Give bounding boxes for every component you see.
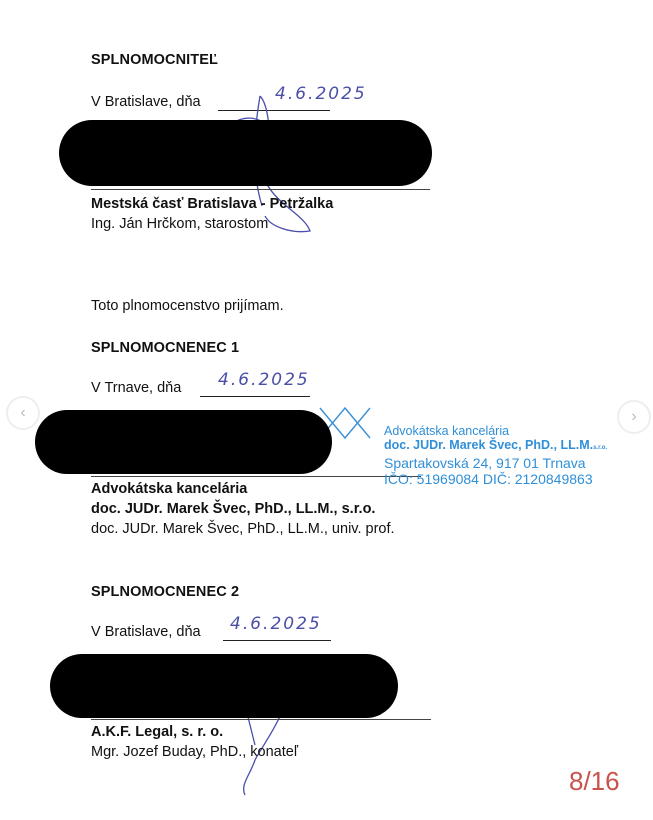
- org-name-2b: doc. JUDr. Marek Švec, PhD., LL.M., s.r.…: [91, 501, 375, 517]
- place-date-label-1: V Bratislave, dňa: [91, 94, 201, 110]
- law-office-stamp: Advokátska kancelária doc. JUDr. Marek Š…: [384, 424, 607, 487]
- date-line-3: [223, 640, 331, 641]
- org-name-1: Mestská časť Bratislava - Petržalka: [91, 196, 333, 212]
- representative-2: doc. JUDr. Marek Švec, PhD., LL.M., univ…: [91, 521, 395, 537]
- date-line-2: [200, 396, 310, 397]
- stamp-line-2-text: doc. JUDr. Marek Švec, PhD., LL.M.: [384, 438, 593, 452]
- acceptance-text: Toto plnomocenstvo prijímam.: [91, 298, 284, 314]
- next-page-button[interactable]: ›: [617, 400, 651, 434]
- prev-page-button[interactable]: ‹: [6, 396, 40, 430]
- stamp-line-1: Advokátska kancelária: [384, 424, 607, 438]
- representative-1: Ing. Ján Hrčkom, starostom: [91, 216, 268, 232]
- handwritten-date-3: 4.6.2025: [230, 614, 322, 634]
- redacted-signature-1: [59, 120, 432, 186]
- chevron-left-icon: ‹: [20, 404, 25, 422]
- representative-3: Mgr. Jozef Buday, PhD., konateľ: [91, 744, 298, 760]
- signature-line-2: [91, 476, 421, 477]
- stamp-line-4: IČO: 51969084 DIČ: 2120849863: [384, 471, 607, 487]
- place-date-label-3: V Bratislave, dňa: [91, 624, 201, 640]
- redacted-signature-3: [50, 654, 398, 718]
- heading-splnomocnenec-1: SPLNOMOCNENEC 1: [91, 340, 239, 356]
- chevron-right-icon: ›: [631, 408, 636, 426]
- org-name-3: A.K.F. Legal, s. r. o.: [91, 724, 223, 740]
- stamp-line-2-suffix: s.r.o.: [593, 445, 607, 451]
- signature-line-3: [91, 719, 431, 720]
- stamp-line-3: Spartakovská 24, 917 01 Trnava: [384, 455, 607, 471]
- signature-line-1: [91, 189, 430, 190]
- org-name-2a: Advokátska kancelária: [91, 481, 247, 497]
- heading-splnomocnitel: SPLNOMOCNITEĽ: [91, 52, 218, 68]
- heading-splnomocnenec-2: SPLNOMOCNENEC 2: [91, 584, 239, 600]
- handwritten-date-2: 4.6.2025: [218, 370, 310, 390]
- page-counter: 8/16: [569, 766, 620, 797]
- redacted-signature-2: [35, 410, 332, 474]
- place-date-label-2: V Trnave, dňa: [91, 380, 181, 396]
- stamp-line-2: doc. JUDr. Marek Švec, PhD., LL.M.s.r.o.: [384, 438, 607, 455]
